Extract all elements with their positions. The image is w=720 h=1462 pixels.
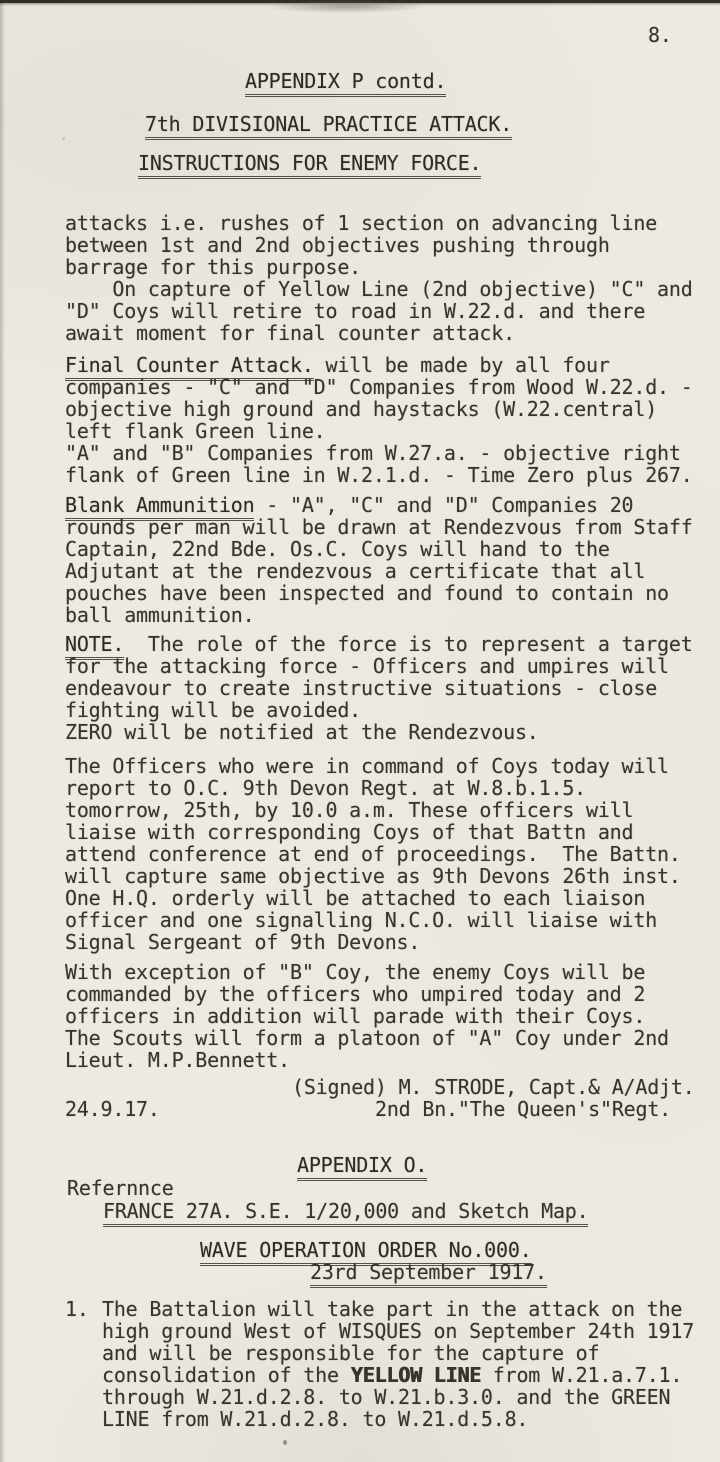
page-number: 8. bbox=[648, 24, 672, 46]
ink-speck bbox=[62, 137, 65, 140]
order-item-1-emphasis: YELLOW LINE bbox=[351, 1363, 481, 1387]
paragraph-rushes: attacks i.e. rushes of 1 section on adva… bbox=[65, 212, 693, 344]
order-item-1-number: 1. bbox=[65, 1298, 102, 1430]
order-item-1: 1.The Battalion will take part in the at… bbox=[65, 1298, 694, 1430]
appendix-p-subtitle: 7th DIVISIONAL PRACTICE ATTACK. bbox=[145, 113, 512, 135]
signature-line1: (Signed) M. STRODE, Capt.& A/Adjt. bbox=[292, 1076, 695, 1098]
operation-order-title: WAVE OPERATION ORDER No.000. bbox=[200, 1239, 532, 1261]
ink-speck bbox=[283, 1440, 287, 1445]
appendix-o-title: APPENDIX O. bbox=[297, 1154, 427, 1176]
paragraph-officers: The Officers who were in command of Coys… bbox=[65, 755, 681, 953]
reference-value: FRANCE 27A. S.E. 1/20,000 and Sketch Map… bbox=[103, 1200, 588, 1222]
signature-date: 24.9.17. bbox=[65, 1098, 160, 1120]
paragraph-exception: With exception of "B" Coy, the enemy Coy… bbox=[65, 961, 669, 1071]
note-body: The role of the force is to represent a … bbox=[65, 632, 693, 744]
signature-line2: 2nd Bn."The Queen's"Regt. bbox=[375, 1098, 671, 1120]
appendix-o-title-text: APPENDIX O. bbox=[297, 1153, 427, 1181]
operation-order-date: 23rd September 1917. bbox=[310, 1261, 547, 1283]
appendix-p-subtitle2: INSTRUCTIONS FOR ENEMY FORCE. bbox=[138, 152, 481, 174]
paragraph-final-counter-attack: Final Counter Attack. will be made by al… bbox=[65, 354, 693, 486]
scan-smudge bbox=[266, 0, 426, 13]
paragraph-note: NOTE. The role of the force is to repres… bbox=[65, 633, 693, 743]
appendix-p-subtitle-text: 7th DIVISIONAL PRACTICE ATTACK. bbox=[145, 112, 512, 140]
document-page: 8. APPENDIX P contd. 7th DIVISIONAL PRAC… bbox=[0, 0, 720, 1462]
reference-value-text: FRANCE 27A. S.E. 1/20,000 and Sketch Map… bbox=[103, 1199, 588, 1227]
order-item-1-text: The Battalion will take part in the atta… bbox=[102, 1298, 694, 1430]
appendix-p-title-text: APPENDIX P contd. bbox=[245, 69, 446, 97]
reference-label: Refernnce bbox=[67, 1177, 174, 1199]
operation-order-date-text: 23rd September 1917. bbox=[310, 1260, 547, 1288]
appendix-p-title: APPENDIX P contd. bbox=[245, 70, 446, 92]
paragraph-blank-ammunition: Blank Ammunition - "A", "C" and "D" Comp… bbox=[65, 494, 693, 626]
scan-left-edge bbox=[0, 0, 5, 1462]
appendix-p-subtitle2-text: INSTRUCTIONS FOR ENEMY FORCE. bbox=[138, 151, 481, 179]
